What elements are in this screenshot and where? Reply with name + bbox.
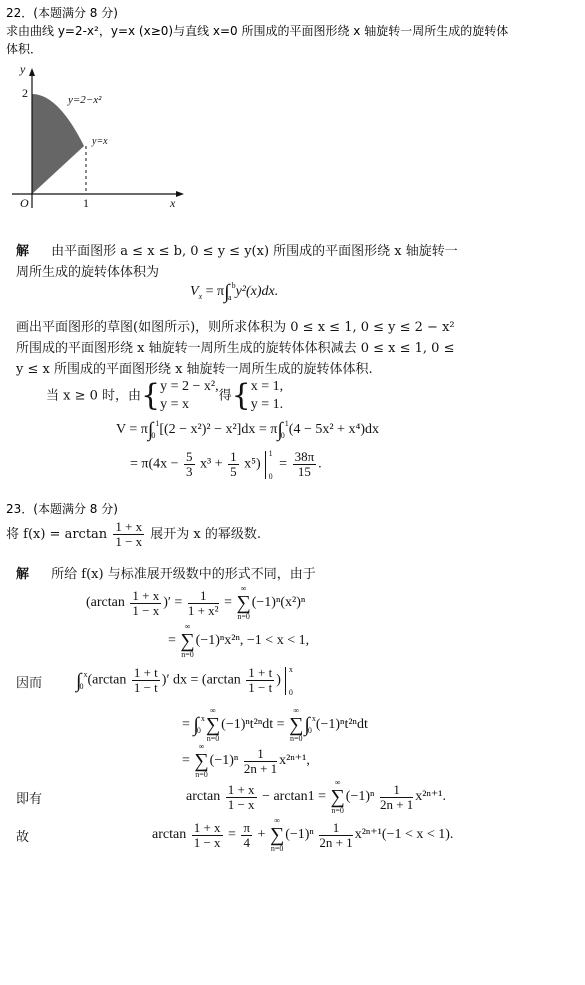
hence-label: 即有 <box>16 788 42 807</box>
integral-line2: = ∫x0∞∑n=0(−1)ⁿt²ⁿdt = ∞∑n=0∫x0(−1)ⁿt²ⁿd… <box>182 706 368 744</box>
final-formula: arctan 1 + x1 − x = π4 + ∞∑n=0(−1)ⁿ 12n … <box>152 816 453 854</box>
line-label: y=x <box>92 136 108 147</box>
formula-vx: Vx = π∫bay²(x)dx. <box>190 282 278 302</box>
solution-22-para-line3: y ≤ x 所围成的平面图形绕 x 轴旋转一周所生成的旋转体体积. <box>16 358 373 377</box>
derivative-line2: = ∞∑n=0(−1)ⁿx²ⁿ, −1 < x < 1, <box>168 622 309 660</box>
volume-line2: = π(4x − 53 x³ + 15 x⁵)10 = 38π15. <box>130 450 322 479</box>
solution-label: 解 <box>16 567 29 582</box>
y-tick-2: 2 <box>22 86 28 101</box>
solution-22-line2: 周所生成的旋转体体积为 <box>16 261 159 280</box>
x-tick-1: 1 <box>83 196 89 211</box>
volume-line1: V = π∫10[(2 − x²)² − x²]dx = π∫10(4 − 5x… <box>116 420 379 440</box>
region-figure: y 2 y=2−x² y=x O 1 x <box>8 62 188 212</box>
integral-line3: = ∞∑n=0(−1)ⁿ 12n + 1x²ⁿ⁺¹, <box>182 742 310 780</box>
integral-sign: ∫ba <box>224 282 229 302</box>
hence-formula: arctan 1 + x1 − x − arctan1 = ∞∑n=0(−1)ⁿ… <box>186 778 446 816</box>
solution-22-para-line1: 画出平面图形的草图(如图所示)，则所求体积为 0 ≤ x ≤ 1, 0 ≤ y … <box>16 316 455 335</box>
problem-22-statement-line2: 体积． <box>6 40 42 57</box>
solution-22-para-line2: 所围成的平面图形绕 x 轴旋转一周所生成的旋转体体积减去 0 ≤ x ≤ 1, … <box>16 337 454 356</box>
x-axis-label: x <box>170 196 175 211</box>
derivative-line1: (arctan 1 + x1 − x)′ = 11 + x² = ∞∑n=0(−… <box>86 584 305 622</box>
problem-22-header: 22．(本题满分 8 分) <box>6 4 118 21</box>
curve-label: y=2−x² <box>68 94 101 106</box>
final-label: 故 <box>16 826 29 845</box>
solution-label: 解 <box>16 244 29 259</box>
solution-23-intro: 解 所给 f(x) 与标准展开级数中的形式不同，由于 <box>16 563 316 582</box>
y-axis-label: y <box>20 62 25 77</box>
problem-23-header: 23．(本题满分 8 分) <box>6 500 118 517</box>
thus-label: 因而 <box>16 672 42 691</box>
problem-22-statement-line1: 求由曲线 y=2-x²，y=x (x≥0)与直线 x=0 所围成的平面图形绕 x… <box>6 22 508 39</box>
system-of-equations: 当 x ≥ 0 时，由{y = 2 − x²,y = x得{x = 1,y = … <box>46 378 283 414</box>
integral-line1: ∫x0(arctan 1 + t1 − t)′ dx = (arctan 1 +… <box>76 666 296 695</box>
solution-22-line1: 解 由平面图形 a ≤ x ≤ b, 0 ≤ y ≤ y(x) 所围成的平面图形… <box>16 240 458 259</box>
problem-23-statement: 将 f(x) = arctan 1 + x1 − x 展开为 x 的幂级数. <box>6 520 261 549</box>
origin-label: O <box>20 196 29 211</box>
